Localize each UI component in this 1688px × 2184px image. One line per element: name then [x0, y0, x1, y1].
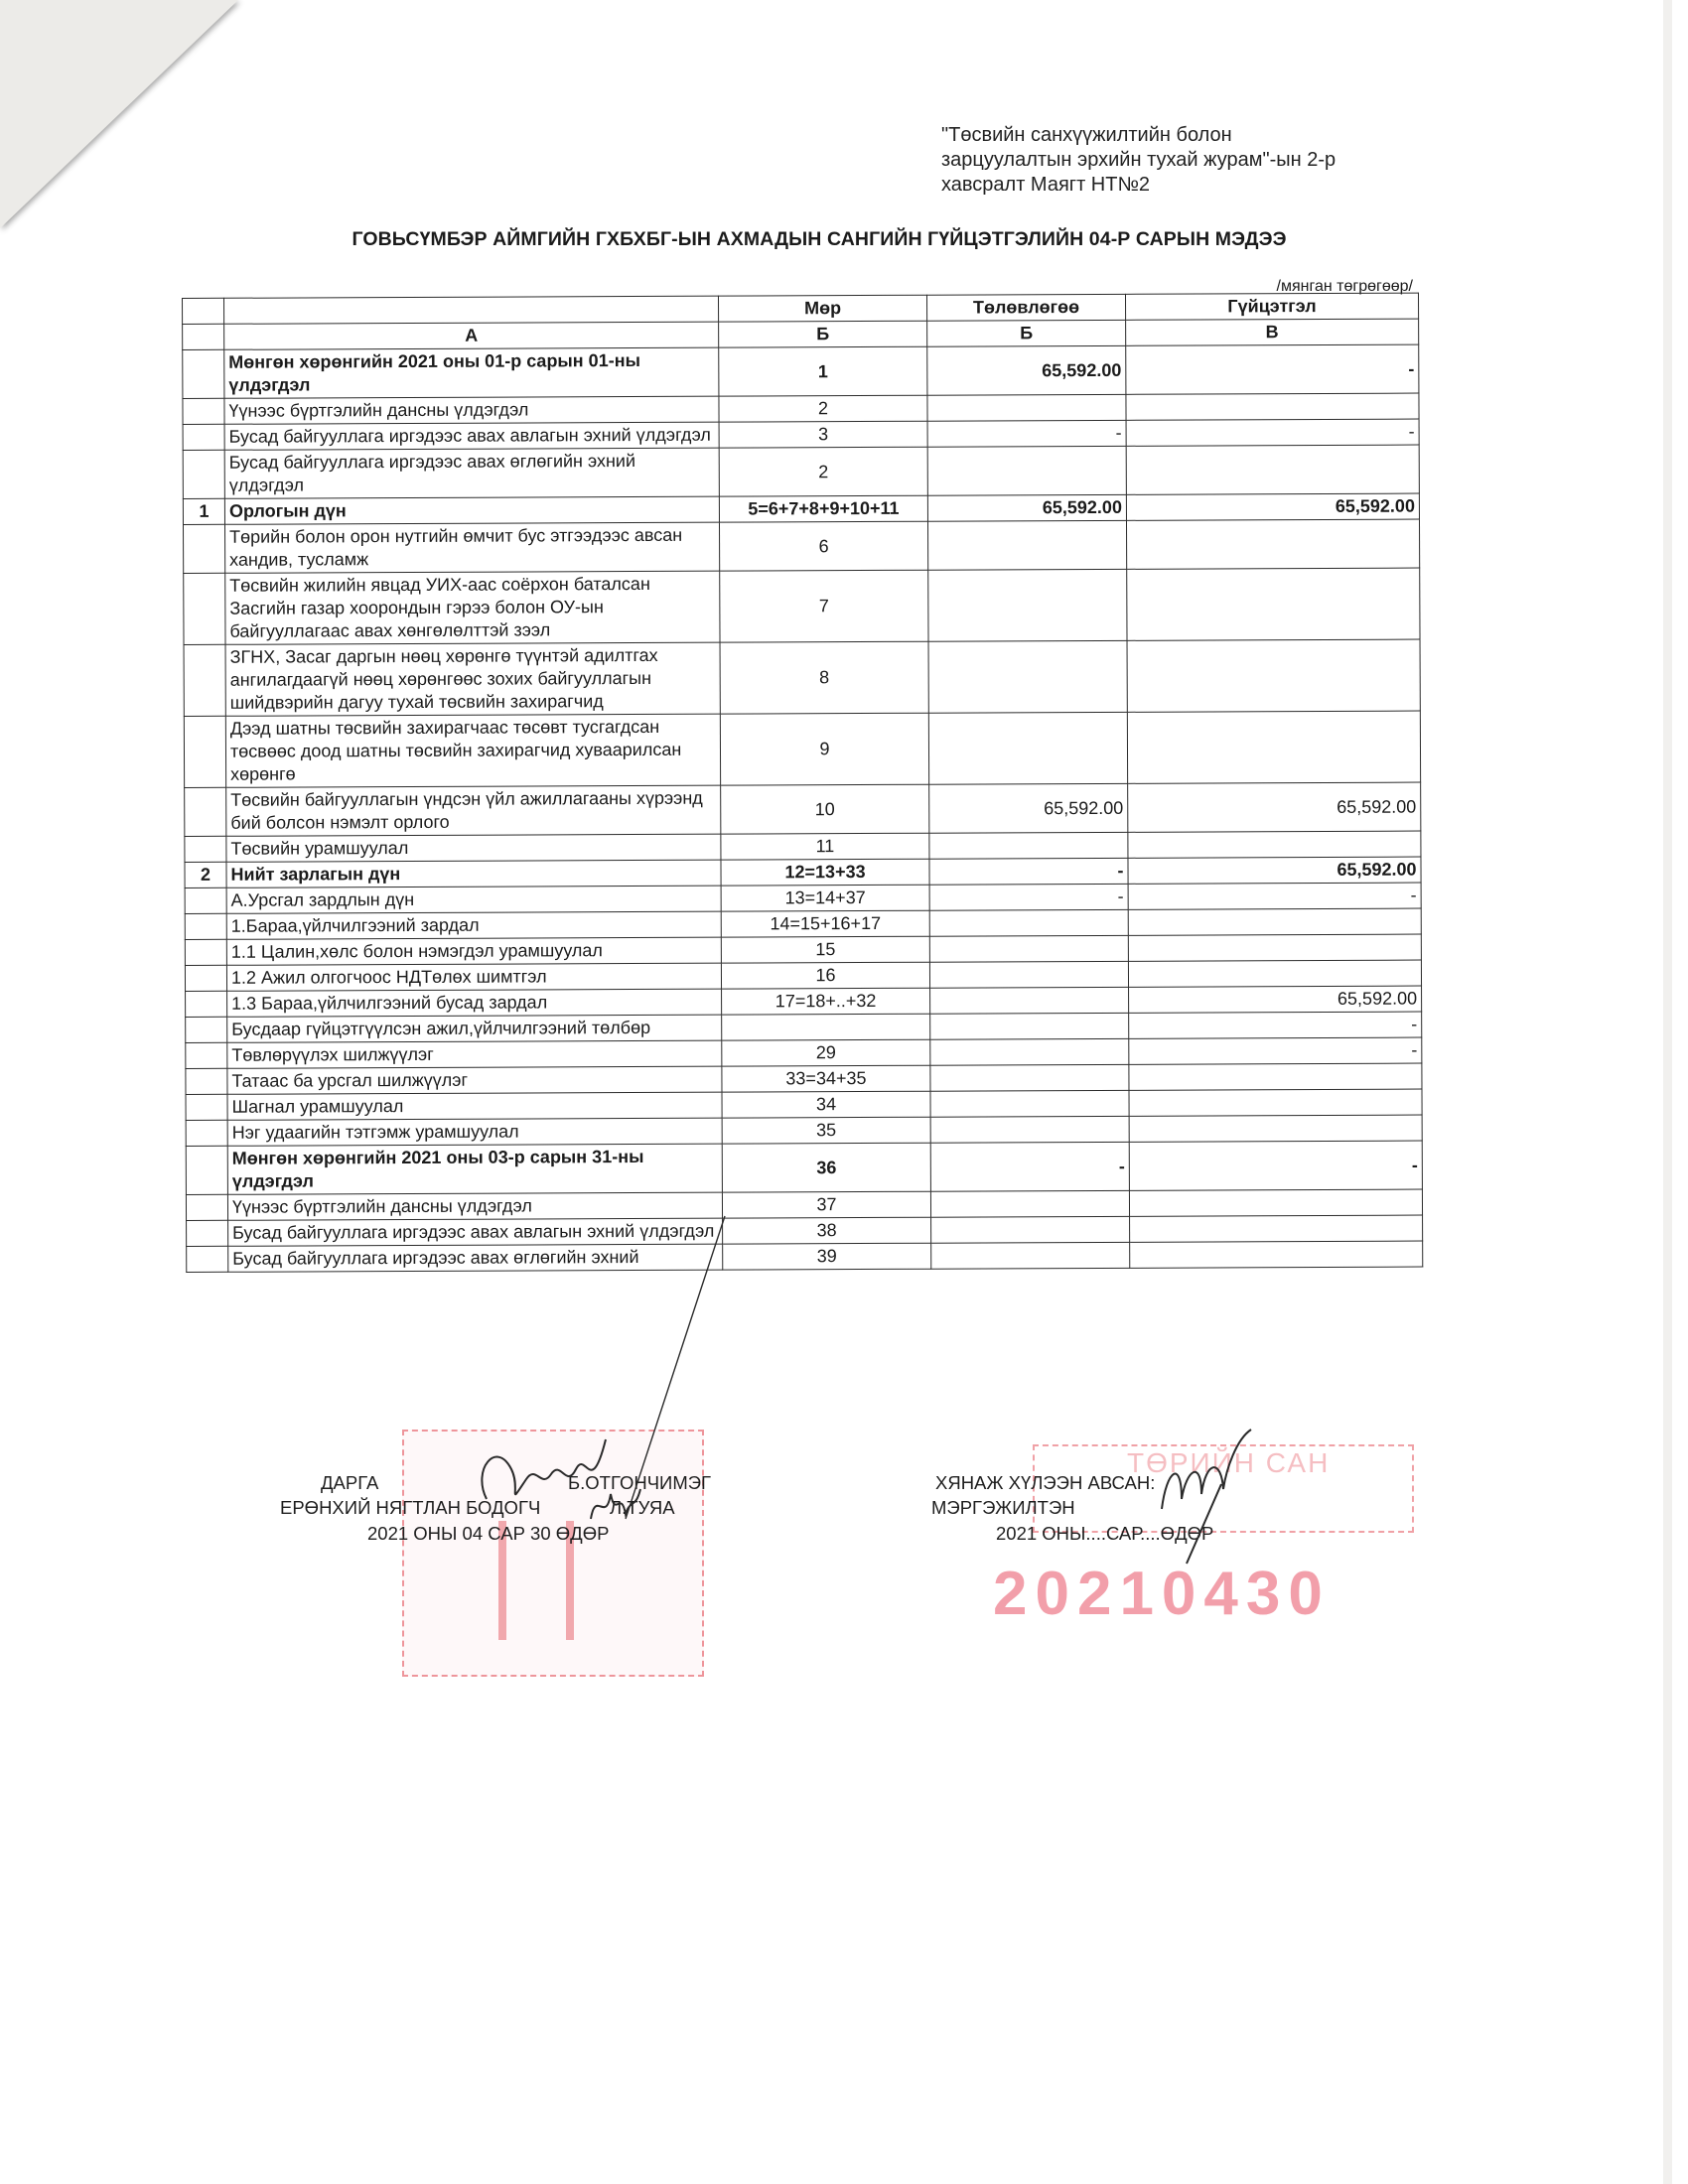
row-code: 5=6+7+8+9+10+11: [719, 495, 927, 522]
row-code: 6: [719, 521, 927, 571]
specialist-label: МЭРГЭЖИЛТЭН: [931, 1496, 1075, 1520]
row-number: [185, 787, 226, 836]
table-row: Мөнгөн хөрөнгийн 2021 оны 01-р сарын 01-…: [183, 344, 1419, 398]
row-actual-value: [1129, 1063, 1422, 1090]
table-row: ЗГНХ, Засаг даргын нөөц хөрөнгө түүнтэй …: [184, 639, 1420, 716]
row-code: 11: [721, 833, 929, 860]
row-label: Дээд шатны төсвийн захирагчаас төсөвт ту…: [225, 714, 720, 787]
row-number: [186, 1042, 227, 1068]
row-number: 2: [185, 862, 226, 887]
row-number: [187, 1220, 228, 1246]
row-label: Бусдаар гүйцэтгүүлсэн ажил,үйлчилгээний …: [227, 1015, 722, 1042]
row-actual-value: [1128, 908, 1421, 935]
header-code: Мөр: [718, 295, 926, 322]
row-label: 1.Бараа,үйлчилгээний зардал: [226, 911, 721, 939]
row-code: 12=13+33: [721, 859, 929, 886]
row-number: [186, 991, 227, 1017]
row-actual-value: [1126, 445, 1419, 494]
row-number: [186, 1120, 227, 1146]
row-code: 38: [723, 1217, 931, 1244]
row-code: 3: [719, 421, 927, 448]
row-label: Татаас ба урсгал шилжүүлэг: [227, 1066, 722, 1094]
row-plan-value: -: [929, 884, 1128, 910]
table-row: Мөнгөн хөрөнгийн 2021 оны 03-р сарын 31-…: [186, 1141, 1422, 1194]
row-actual-value: -: [1126, 419, 1419, 446]
row-code: 7: [720, 570, 928, 642]
table-row: Төсвийн байгууллагын үндсэн үйл ажиллага…: [185, 782, 1421, 836]
row-number: [185, 939, 226, 965]
row-plan-value: 65,592.00: [927, 345, 1126, 395]
row-actual-value: -: [1129, 1037, 1422, 1064]
row-label: Мөнгөн хөрөнгийн 2021 оны 01-р сарын 01-…: [224, 347, 719, 398]
table-row: Дээд шатны төсвийн захирагчаас төсөвт ту…: [184, 711, 1420, 787]
row-actual-value: 65,592.00: [1128, 782, 1421, 832]
row-label: Бусад байгууллага иргэдээс авах өглөгийн…: [224, 448, 719, 498]
row-code: 39: [723, 1243, 931, 1270]
row-code: 15: [721, 936, 929, 963]
row-actual-value: [1127, 639, 1420, 712]
annex-line-3: хавсралт Маягт НТ№2: [941, 173, 1408, 198]
table-row: Төрийн болон орон нутгийн өмчит бус этгэ…: [183, 519, 1419, 573]
page-edge-shadow: [1663, 0, 1672, 2184]
row-label: Нийт зарлагын дүн: [226, 860, 721, 887]
row-plan-value: [930, 1116, 1129, 1143]
row-number: [184, 644, 225, 716]
subheader-label: А: [224, 322, 719, 349]
row-actual-value: -: [1129, 1012, 1422, 1038]
row-label: Төсвийн байгууллагын үндсэн үйл ажиллага…: [226, 785, 721, 836]
row-plan-value: [930, 1090, 1129, 1117]
row-number: [186, 1068, 227, 1094]
row-code: 17=18+..+32: [722, 988, 930, 1015]
row-code: 2: [719, 395, 927, 422]
row-actual-value: [1128, 831, 1421, 858]
row-actual-value: [1127, 568, 1420, 640]
row-label: 1.3 Бараа,үйлчилгээний бусад зардал: [227, 989, 722, 1017]
annex-line-2: зарцуулалтын эрхийн тухай журам"-ын 2-р: [941, 148, 1408, 173]
row-number: [183, 349, 224, 398]
row-code: 34: [722, 1091, 930, 1118]
page-corner-fold: [0, 0, 238, 228]
row-label: Төсвийн жилийн явцад УИХ-аас соёрхон бат…: [225, 571, 720, 644]
row-plan-value: [930, 1064, 1129, 1091]
specialist-signature-icon: [1152, 1430, 1261, 1569]
row-number: [185, 836, 226, 862]
row-plan-value: -: [930, 1142, 1129, 1191]
row-code: 1: [719, 346, 927, 396]
row-number: [183, 424, 224, 450]
row-plan-value: [930, 1190, 1129, 1217]
row-plan-value: [929, 909, 1128, 936]
row-label: Бусад байгууллага иргэдээс авах авлагын …: [224, 422, 719, 450]
table-row: Бусад байгууллага иргэдээс авах өглөгийн…: [187, 1241, 1423, 1272]
row-actual-value: 65,592.00: [1126, 493, 1419, 520]
row-code: 8: [720, 641, 928, 714]
row-label: Төсвийн урамшуулал: [226, 834, 721, 862]
row-plan-value: [929, 935, 1128, 962]
row-label: Үүнээс бүртгэлийн дансны үлдэгдэл: [224, 396, 719, 424]
row-number: [185, 965, 226, 991]
row-code: 35: [722, 1117, 930, 1144]
row-plan-value: [929, 961, 1128, 988]
header-plan: Төлөвлөгөө: [926, 294, 1125, 321]
row-code: 37: [722, 1191, 930, 1218]
row-plan-value: [930, 987, 1129, 1014]
row-plan-value: [931, 1242, 1130, 1269]
row-number: 1: [183, 498, 224, 524]
row-actual-value: -: [1126, 344, 1419, 394]
reviewed-label: ХЯНАЖ ХҮЛЭЭН АВСАН:: [935, 1471, 1155, 1495]
table-row: Бусад байгууллага иргэдээс авах өглөгийн…: [183, 445, 1419, 498]
header-label: [224, 296, 719, 324]
row-plan-value: 65,592.00: [927, 494, 1126, 521]
row-number: [183, 524, 224, 573]
document-title: ГОВЬСҮМБЭР АЙМГИЙН ГХБХБГ-ЫН АХМАДЫН САН…: [199, 228, 1440, 251]
row-plan-value: -: [927, 420, 1126, 447]
date-stamp: 20210430: [993, 1559, 1331, 1629]
row-code: 9: [720, 713, 928, 785]
row-actual-value: [1129, 1189, 1422, 1216]
subheader-actual: В: [1126, 319, 1419, 345]
row-plan-value: [927, 520, 1126, 570]
row-number: [185, 913, 226, 939]
row-actual-value: 65,592.00: [1129, 986, 1422, 1013]
row-label: ЗГНХ, Засаг даргын нөөц хөрөнгө түүнтэй …: [225, 642, 720, 716]
row-plan-value: [928, 640, 1127, 713]
row-code: 16: [721, 962, 929, 989]
row-actual-value: [1129, 1115, 1422, 1142]
row-actual-value: -: [1128, 883, 1421, 909]
row-plan-value: [931, 1216, 1130, 1243]
row-number: [184, 716, 225, 787]
annex-line-1: "Төсвийн санхүүжилтийн болон: [941, 123, 1408, 148]
row-plan-value: [928, 712, 1127, 784]
row-actual-value: [1130, 1241, 1423, 1268]
header-num: [183, 298, 224, 324]
row-plan-value: [927, 446, 1126, 495]
row-label: Төрийн болон орон нутгийн өмчит бус этгэ…: [224, 522, 719, 573]
crossing-line-icon: [616, 1211, 735, 1529]
row-number: [184, 573, 225, 644]
subheader-code: Б: [719, 321, 927, 347]
row-plan-value: [927, 394, 1126, 421]
row-code: [722, 1014, 930, 1040]
row-plan-value: [930, 1013, 1129, 1039]
row-actual-value: [1128, 934, 1421, 961]
annex-note: "Төсвийн санхүүжилтийн болон зарцуулалты…: [941, 123, 1408, 198]
row-number: [186, 1146, 227, 1194]
row-actual-value: [1126, 393, 1419, 420]
row-code: 10: [721, 784, 929, 834]
row-plan-value: [928, 569, 1127, 641]
row-actual-value: [1129, 1089, 1422, 1116]
row-code: 29: [722, 1039, 930, 1066]
row-label: Шагнал урамшуулал: [227, 1092, 722, 1120]
report-table: Мөр Төлөвлөгөө Гүйцэтгэл А Б Б В Мөнгөн …: [182, 293, 1423, 1273]
row-actual-value: [1128, 960, 1421, 987]
table-row: Төсвийн жилийн явцад УИХ-аас соёрхон бат…: [184, 568, 1420, 644]
row-plan-value: [930, 1038, 1129, 1065]
row-plan-value: -: [929, 858, 1128, 885]
row-number: [183, 450, 224, 498]
row-number: [183, 398, 224, 424]
subheader-num: [183, 324, 224, 349]
row-actual-value: 65,592.00: [1128, 857, 1421, 884]
row-code: 33=34+35: [722, 1065, 930, 1092]
row-label: 1.2 Ажил олгогчоос НДТөлөх шимтгэл: [226, 963, 721, 991]
director-title: ДАРГА: [321, 1471, 378, 1495]
row-code: 13=14+37: [721, 885, 929, 911]
row-label: 1.1 Цалин,хөлс болон нэмэгдэл урамшуулал: [226, 937, 721, 965]
row-actual-value: [1127, 711, 1420, 783]
row-number: [185, 887, 226, 913]
row-actual-value: [1130, 1215, 1423, 1242]
row-number: [186, 1094, 227, 1120]
row-label: Мөнгөн хөрөнгийн 2021 оны 03-р сарын 31-…: [227, 1144, 722, 1194]
row-number: [186, 1194, 227, 1220]
row-plan-value: [929, 832, 1128, 859]
subheader-plan: Б: [927, 320, 1126, 346]
row-number: [186, 1017, 227, 1042]
row-label: А.Урсгал зардлын дүн: [226, 886, 721, 913]
row-plan-value: 65,592.00: [929, 783, 1128, 833]
header-actual: Гүйцэтгэл: [1125, 293, 1418, 320]
row-code: 14=15+16+17: [721, 910, 929, 937]
row-code: 36: [722, 1143, 930, 1192]
row-label: Төвлөрүүлэх шилжүүлэг: [227, 1040, 722, 1068]
row-actual-value: -: [1129, 1141, 1422, 1190]
row-number: [187, 1246, 228, 1272]
row-actual-value: [1126, 519, 1419, 569]
row-code: 2: [719, 447, 927, 496]
row-label: Нэг удаагийн тэтгэмж урамшуулал: [227, 1118, 722, 1146]
row-label: Орлогын дүн: [224, 496, 719, 524]
